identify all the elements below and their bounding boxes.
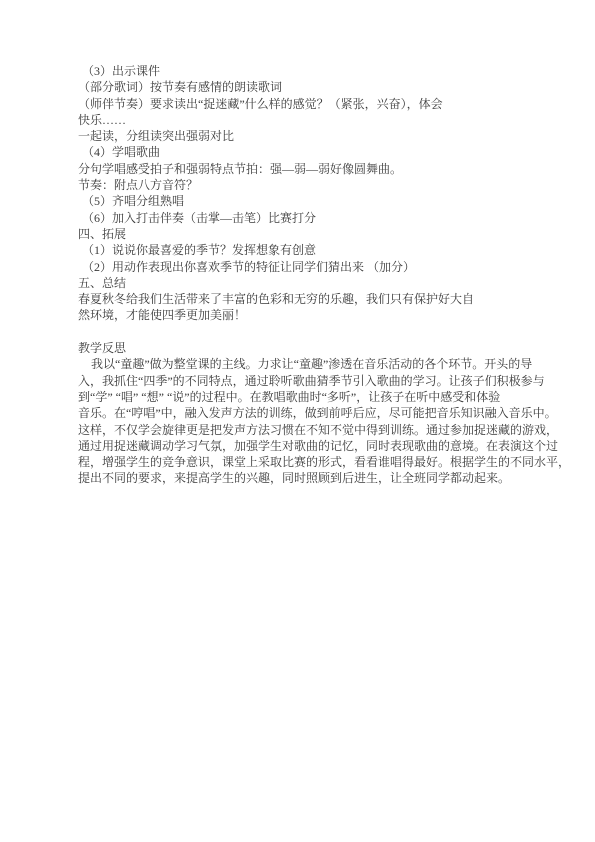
lesson-line: 分句学唱感受拍子和强弱特点节拍：强—弱—弱好像圆舞曲。 [78, 161, 530, 177]
reflection-line: 提出不同的要求，来提高学生的兴趣，同时照顾到后进生，让全班同学都动起来。 [78, 470, 530, 486]
lesson-line: （部分歌词）按节奏有感情的朗读歌词 [78, 79, 530, 95]
document-page: （3）出示课件 （部分歌词）按节奏有感情的朗读歌词 （师伴节奏）要求读出“捉迷藏… [0, 0, 595, 842]
reflection-line: 音乐。在“哼唱”中，融入发声方法的训练，做到前呼后应，尽可能把音乐知识融入音乐中… [78, 405, 530, 421]
lesson-line: 然环境，才能使四季更加美丽！ [78, 307, 530, 323]
reflection-line: 入，我抓住“四季”的不同特点，通过聆听歌曲猜季节引入歌曲的学习。让孩子们积极参与 [78, 373, 530, 389]
lesson-section-heading: 五、总结 [78, 275, 530, 291]
lesson-line: （2）用动作表现出你喜欢季节的特征让同学们猜出来 （加分） [78, 259, 530, 275]
reflection-heading: 教学反思 [78, 340, 530, 356]
lesson-line: 一起读，分组读突出强弱对比 [78, 128, 530, 144]
reflection-line: 我以“童趣”做为整堂课的主线。力求让“童趣”渗透在音乐活动的各个环节。开头的导 [78, 356, 530, 372]
reflection-line: 到“学” “唱” “想” “说”的过程中。在教唱歌曲时“多听”，让孩子在听中感受… [78, 389, 530, 405]
lesson-line: （5）齐唱分组熟唱 [78, 193, 530, 209]
lesson-line: （4）学唱歌曲 [78, 144, 530, 160]
lesson-line: 春夏秋冬给我们生活带来了丰富的色彩和无穷的乐趣，我们只有保护好大自 [78, 291, 530, 307]
lesson-line: （6）加入打击伴奏（击掌—击笔）比赛打分 [78, 210, 530, 226]
lesson-line: 节奏：附点八方音符？ [78, 177, 530, 193]
lesson-line: （3）出示课件 [78, 63, 530, 79]
lesson-section-heading: 四、拓展 [78, 226, 530, 242]
blank-line [78, 324, 530, 340]
reflection-line: 程，增强学生的竞争意识，课堂上采取比赛的形式，看看谁唱得最好。根据学生的不同水平… [78, 454, 530, 470]
lesson-line: 快乐…… [78, 112, 530, 128]
document-content: （3）出示课件 （部分歌词）按节奏有感情的朗读歌词 （师伴节奏）要求读出“捉迷藏… [78, 63, 530, 487]
reflection-line: 这样，不仅学会旋律更是把发声方法习惯在不知不觉中得到训练。通过参加捉迷藏的游戏， [78, 422, 530, 438]
lesson-line: （师伴节奏）要求读出“捉迷藏”什么样的感觉？（紧张，兴奋），体会 [78, 96, 530, 112]
reflection-line: 通过用捉迷藏调动学习气氛，加强学生对歌曲的记忆，同时表现歌曲的意境。在表演这个过 [78, 438, 530, 454]
lesson-line: （1）说说你最喜爱的季节？发挥想象有创意 [78, 242, 530, 258]
